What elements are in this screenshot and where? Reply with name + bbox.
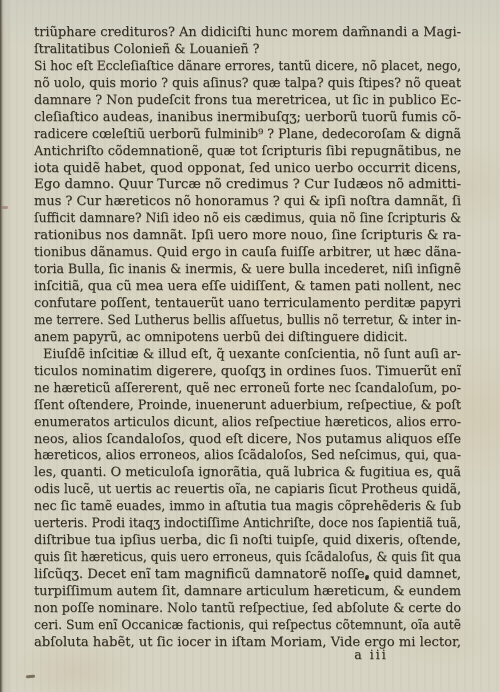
text-line: iota quidẽ habet, quod opponat, ſed unic… xyxy=(34,160,461,177)
text-line: enumeratos articulos dicunt, alios reſpe… xyxy=(34,414,461,431)
text-line: rationibus nos damnãt. Ipſi uero more no… xyxy=(34,227,461,244)
text-line: triũphare credituros? An didiciſti hunc … xyxy=(34,24,461,41)
text-line: toria Bulla, ſic inanis & inermis, & uer… xyxy=(34,261,461,278)
text-line: neos, alios ſcandaloſos, quod eſt dicere… xyxy=(34,431,461,448)
text-line: ſſent oſtendere, Proinde, inuenerunt adu… xyxy=(34,397,461,414)
text-line: diſtribue tua ipſius uerba, dic ſi noſti… xyxy=(34,532,461,549)
text-line: radicere cœleſtiũ uerborũ fulminib⁹ ? Pl… xyxy=(34,126,461,143)
text-line: Ego damno. Quur Turcæ nõ credimus ? Cur … xyxy=(34,176,461,193)
text-line: ticulos nominatim digerere, quoſqʒ in or… xyxy=(34,363,461,380)
page-left-edge-shadow xyxy=(0,0,3,692)
text-line: ne hæreticũ aſſererent, quẽ nec erroneũ … xyxy=(34,380,461,397)
text-line: damnare ? Non pudeſcit frons tua meretri… xyxy=(34,92,461,109)
text-line: Antichriſto cõdemnationẽ, quæ tot ſcript… xyxy=(34,143,461,160)
text-line: quis ſit hæreticus, quis uero erroneus, … xyxy=(34,549,461,566)
text-block: triũphare credituros? An didiciſti hunc … xyxy=(34,24,461,651)
text-line: turpiſſimum autem ſit, damnare articulum… xyxy=(34,583,461,600)
text-line: confutare poſſent, tentauerũt uano terri… xyxy=(34,295,461,312)
text-line: Eiuſdẽ inſcitiæ & illud eſt, q̃ uexante … xyxy=(34,346,461,363)
text-line: odis lucẽ, ut uertis ac reuertis oĩa, ne… xyxy=(34,481,461,498)
text-line: mus ? Cur hæreticos nõ honoramus ? qui &… xyxy=(34,193,461,210)
text-line: Si hoc eſt Eccleſiaſtice dãnare errores,… xyxy=(34,58,461,75)
text-line: tionibus dãnamus. Quid ergo in cauſa fui… xyxy=(34,244,461,261)
text-line: uerteris. Prodi itaqʒ indoctiſſime Antic… xyxy=(34,515,461,532)
text-line: hæreticos, alios erroneos, alios ſcãdalo… xyxy=(34,447,461,464)
scanned-book-page: triũphare credituros? An didiciſti hunc … xyxy=(0,0,500,692)
text-line: nec ſic tamẽ euades, immo in aſtutia tua… xyxy=(34,498,461,515)
text-line: ſufficit damnare? Niſi ideo nõ eis cædim… xyxy=(34,210,461,227)
edge-ink-tick xyxy=(2,206,8,209)
text-line: les, quanti. O meticuloſa ignorãtia, quã… xyxy=(34,464,461,481)
text-line: nõ uolo, quis morio ? quis aſinus? quæ t… xyxy=(34,75,461,92)
text-line: non poſſe nominare. Nolo tantũ reſpectiu… xyxy=(34,600,461,617)
text-line: cleſiaſtico audeas, inanibus inermibuſqʒ… xyxy=(34,109,461,126)
text-line: inſcitiã, qua cũ mea uera eſſe uidiſſent… xyxy=(34,278,461,295)
text-line: liſcũqʒ. Decet enĩ tam magnificũ damnato… xyxy=(34,566,461,583)
text-line: ſtralitatibus Colonieñ & Louanieñ ? xyxy=(34,41,461,58)
text-line: me terrere. Sed Lutherus bellis aſſuetus… xyxy=(34,312,461,329)
stray-ink-mark xyxy=(26,675,35,678)
text-line: anem papyrũ, ac omnipotens uerbũ dei diſ… xyxy=(34,329,461,346)
text-line: ceri. Sum enĩ Occanicæ factionis, qui re… xyxy=(34,617,461,634)
signature-mark: a iii xyxy=(336,646,406,663)
